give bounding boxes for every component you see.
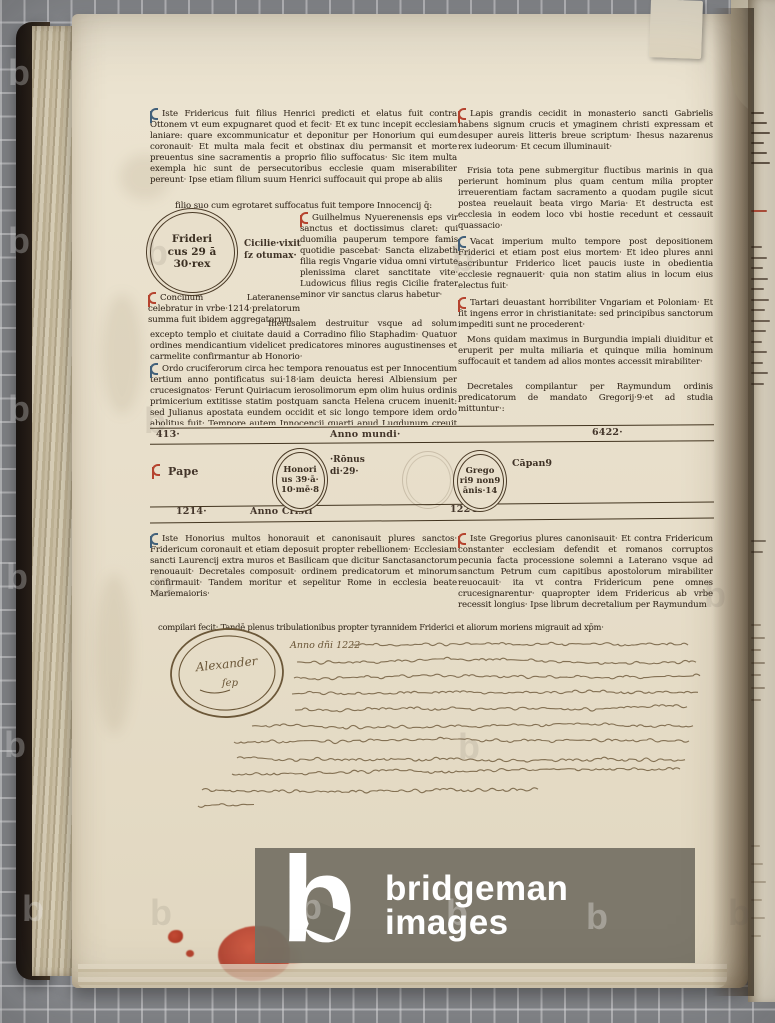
brand-line2: images bbox=[385, 906, 568, 940]
pilcrow-icon bbox=[458, 533, 467, 543]
bridgeman-logo-icon: b bbox=[281, 858, 363, 954]
paragraph-ordo: Ordo cruciferorum circa hec tempora reno… bbox=[150, 363, 457, 425]
page-smudge bbox=[96, 574, 132, 734]
red-stain bbox=[186, 950, 194, 957]
frederick-circle-line2: cus 29 ā bbox=[168, 246, 217, 259]
paragraph-frisia: Frisia tota pene submergitur fluctibus m… bbox=[458, 166, 713, 234]
frederick-circle-line3: 30·rex bbox=[174, 258, 211, 271]
pilcrow-icon bbox=[150, 108, 159, 118]
alexander-circle-outer bbox=[169, 626, 285, 720]
honorius-circle-line1: Honori bbox=[283, 465, 316, 475]
honorius-side-line1: ·Rōnus bbox=[330, 454, 365, 466]
gregorius-circle-line3: ānis·14 bbox=[463, 486, 498, 496]
anno-mundi-label: Anno mundi· bbox=[330, 429, 400, 440]
watermark-band: b bridgeman images bbox=[255, 848, 695, 963]
cursive-line bbox=[292, 690, 698, 695]
frederick-circle-line1: Frideri bbox=[172, 233, 212, 246]
gregorius-circle-line2: ri9 non9 bbox=[460, 476, 501, 486]
frederick-side-note: Cicilie·vixit ſz otumax· bbox=[244, 238, 301, 262]
paragraph-honorius-text: Iste Honorius multos honorauit et canoni… bbox=[150, 534, 457, 599]
pilcrow-icon bbox=[150, 533, 159, 543]
paragraph-tartari-text: Tartari deuastant horribiliter Vngariam … bbox=[458, 298, 713, 330]
gutter-shadow bbox=[712, 8, 754, 996]
paragraph-tartari: Tartari deuastant horribiliter Vngariam … bbox=[458, 297, 713, 332]
paragraph-guilhelmus-text: Guilhelmus Nyuerenensis eps vir sanctus … bbox=[300, 213, 458, 300]
note-opening-words: Anno dñi 1222 bbox=[289, 640, 360, 651]
honorius-side-note: ·Rōnus di·29· bbox=[330, 454, 365, 478]
paragraph-gregorius: Iste Gregorius plures canonisauit· Et co… bbox=[458, 533, 713, 623]
paragraph-honorius: Iste Honorius multos honorauit et canoni… bbox=[150, 533, 457, 605]
bridgeman-brand-text: bridgeman images bbox=[385, 872, 568, 940]
alexander-circle-label2: ſep bbox=[221, 678, 239, 689]
alexander-circle-label: Alexander bbox=[194, 654, 259, 675]
cursive-line bbox=[294, 674, 700, 680]
cursive-line bbox=[234, 737, 689, 743]
pilcrow-icon bbox=[458, 236, 467, 246]
paragraph-decretales: Decretales compilantur per Raymundum ord… bbox=[458, 382, 713, 417]
timeline-rule bbox=[150, 440, 714, 445]
frederick-side-line1: Cicilie·vixit bbox=[244, 238, 301, 250]
paragraph-fridericus: Iste Fridericus fuit filius Henrici pred… bbox=[150, 108, 457, 200]
handwritten-note: Alexander ſep Anno dñi 1222 bbox=[162, 618, 707, 818]
page-bottom-edges bbox=[78, 964, 727, 988]
paragraph-mons: Mons quidam maximus in Burgundia impiali… bbox=[458, 335, 713, 381]
gregorius-circle: Grego ri9 non9 ānis·14 bbox=[453, 450, 507, 512]
red-stain bbox=[168, 930, 183, 943]
pilcrow-icon bbox=[458, 297, 467, 307]
paragraph-lapis-text: Lapis grandis cecidit in monasterio sanc… bbox=[458, 109, 713, 152]
offset-ghost-ring bbox=[406, 455, 451, 506]
page-smudge bbox=[102, 294, 142, 414]
honorius-circle-line2: us 39·ā· bbox=[281, 475, 318, 485]
frederick-circle: Frideri cus 29 ā 30·rex bbox=[146, 208, 238, 296]
anno-cristi-left-year: 1214· bbox=[176, 506, 207, 517]
anno-mundi-right-year: 6422· bbox=[592, 427, 623, 438]
brand-line1: bridgeman bbox=[385, 872, 568, 906]
paragraph-ordo-text: Ordo cruciferorum circa hec tempora reno… bbox=[150, 364, 457, 425]
timeline-rule bbox=[150, 518, 714, 524]
cursive-line bbox=[252, 723, 693, 729]
paragraph-fridericus-text: Iste Fridericus fuit filius Henrici pred… bbox=[150, 109, 457, 185]
frederick-side-line2: ſz otumax· bbox=[244, 250, 301, 262]
paragraph-lapis: Lapis grandis cecidit in monasterio sanc… bbox=[458, 108, 713, 164]
illegible-cursive-lines bbox=[198, 642, 700, 807]
paragraph-gregorius-text: Iste Gregorius plures canonisauit· Et co… bbox=[458, 534, 713, 610]
honorius-circle-line3: 10·mē·8 bbox=[281, 485, 319, 495]
honorius-circle: Honori us 39·ā· 10·mē·8 bbox=[272, 448, 328, 512]
cursive-line bbox=[237, 757, 685, 762]
photograph-of-manuscript: Iste Fridericus fuit filius Henrici pred… bbox=[0, 0, 775, 1023]
pilcrow-icon bbox=[458, 108, 467, 118]
gregorius-side-note: Cāpan9 bbox=[512, 458, 552, 470]
pilcrow-icon bbox=[150, 363, 159, 373]
paragraph-vacat: Vacat imperium multo tempore post deposi… bbox=[458, 236, 713, 293]
pilcrow-icon bbox=[152, 464, 161, 474]
offset-ghost-circle bbox=[402, 451, 454, 509]
cursive-line bbox=[295, 705, 687, 712]
gregorius-circle-line1: Grego bbox=[466, 466, 495, 476]
cursive-line bbox=[297, 657, 696, 664]
pape-label: Pape bbox=[168, 465, 199, 478]
bookmark-tab bbox=[649, 0, 703, 59]
circle-flourish bbox=[200, 690, 230, 693]
cursive-line bbox=[202, 788, 538, 793]
paragraph-vacat-text: Vacat imperium multo tempore post deposi… bbox=[458, 237, 713, 291]
cursive-line bbox=[352, 642, 688, 646]
paragraph-iherusalem-quatuor: Iherusalem destruitur vsque ad solum exc… bbox=[150, 319, 457, 363]
manuscript-page: Iste Fridericus fuit filius Henrici pred… bbox=[72, 14, 748, 988]
honorius-side-line2: di·29· bbox=[330, 466, 365, 478]
anno-mundi-left-year: 413· bbox=[156, 429, 180, 440]
alexander-circle-inner bbox=[177, 633, 278, 714]
pilcrow-icon bbox=[300, 212, 309, 222]
cursive-line bbox=[232, 768, 680, 775]
cursive-line bbox=[198, 804, 254, 808]
